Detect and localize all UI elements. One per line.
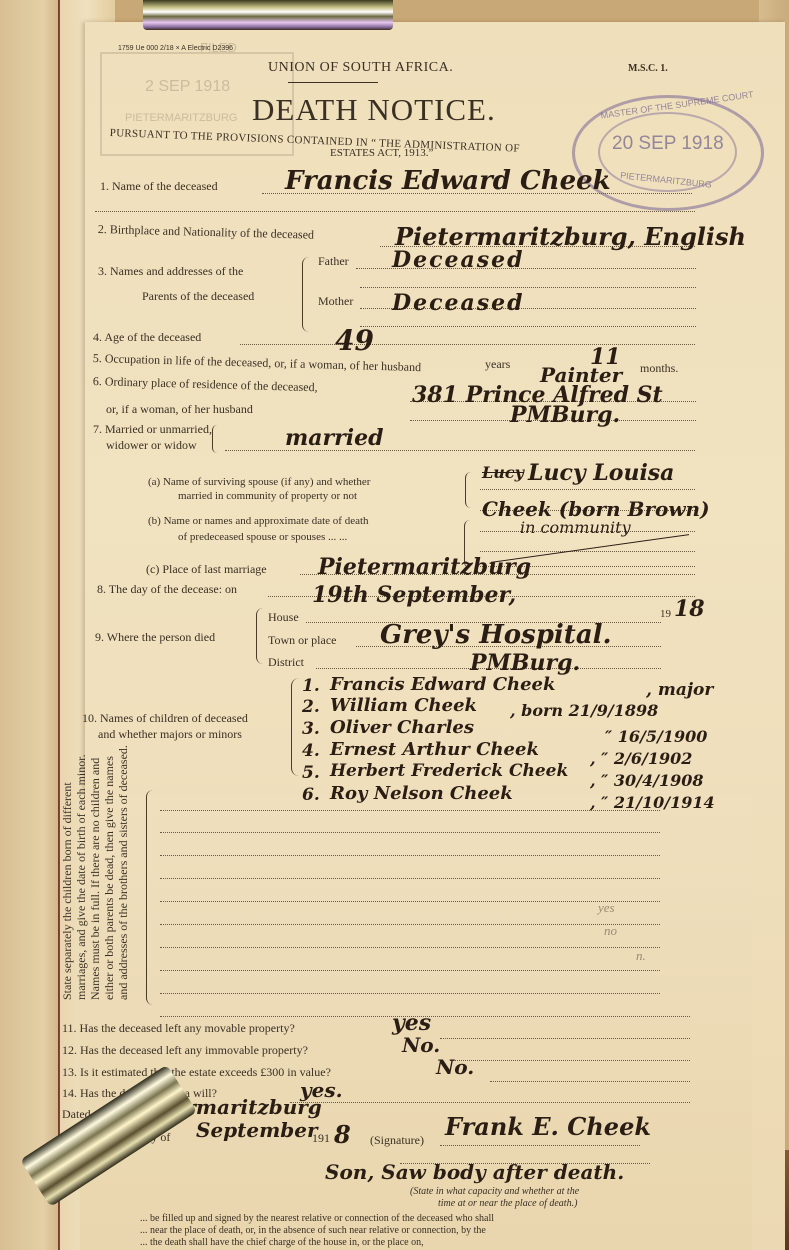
father-dots-2: [360, 287, 696, 288]
q7a-brace: [465, 472, 471, 508]
year-prefix: 19: [660, 608, 671, 620]
father-value: Deceased: [392, 247, 525, 273]
q7a-label-1: (a) Name of surviving spouse (if any) an…: [148, 476, 370, 488]
child-number: 3.: [302, 719, 320, 739]
capacity-note-2: time at or near the place of death.): [438, 1198, 577, 1209]
blank-line: [160, 810, 660, 811]
child-name: Herbert Frederick Cheek: [330, 761, 568, 781]
footer-line-3: ... the death shall have the chief charg…: [140, 1237, 424, 1248]
child-number: 6.: [302, 785, 320, 805]
year-value-sig: 8: [334, 1120, 351, 1149]
stamp-date: 20 SEP 1918: [612, 133, 724, 155]
blank-line: [160, 970, 660, 971]
blank-line: [160, 993, 660, 994]
q6-label-2: or, if a woman, of her husband: [106, 402, 253, 417]
country-heading: UNION OF SOUTH AFRICA.: [268, 60, 453, 76]
blank-line: [160, 855, 660, 856]
child-name: Roy Nelson Cheek: [330, 783, 513, 804]
district-value: PMBurg.: [470, 650, 580, 676]
q3-brace: [302, 257, 309, 332]
q9-label: 9. Where the person died: [95, 630, 215, 645]
month-value: September: [196, 1118, 318, 1142]
q14-dots: [290, 1102, 690, 1103]
mother-dots-2: [360, 326, 696, 327]
child-name: William Cheek: [330, 695, 477, 716]
q10-label-1: 10. Names of children of deceased: [82, 711, 248, 726]
child-detail: , major: [646, 680, 713, 700]
spouse-name-line-1: Lucy Louisa: [528, 460, 674, 486]
blank-line: [160, 832, 660, 833]
q4-dots: [240, 344, 695, 345]
q7b-dots-2: [480, 551, 695, 552]
mother-value: Deceased: [392, 290, 525, 316]
signature-dots: [440, 1145, 640, 1146]
town-label: Town or place: [268, 633, 336, 648]
q7a-dots: [480, 489, 695, 490]
q7-label-1: 7. Married or unmarried,: [93, 422, 212, 437]
side-note-brace: [146, 790, 153, 1005]
house-label: House: [268, 610, 299, 625]
form-id: M.S.C. 1.: [628, 63, 668, 74]
residence-line-2: PMBurg.: [510, 402, 620, 428]
blank-line: [160, 947, 660, 948]
capacity-value: Son, Saw body after death.: [325, 1160, 624, 1184]
mother-label: Mother: [318, 294, 353, 309]
q3-label-1: 3. Names and addresses of the: [98, 264, 243, 279]
child-detail: , ″ 2/6/1902: [590, 749, 692, 768]
filed-stamp-date: 2 SEP 1918: [145, 78, 230, 96]
blank-line: [160, 878, 660, 879]
side-instruction-note: State separately the children born of di…: [60, 740, 130, 1000]
q7-brace: [212, 425, 217, 453]
q1-label: 1. Name of the deceased: [100, 179, 218, 194]
title-rule: [288, 82, 378, 83]
struck-word: Lucy: [482, 463, 524, 482]
months-label: months.: [640, 361, 678, 376]
faint-n: n.: [636, 948, 646, 964]
q7b-label-2: of predeceased spouse or spouses ... ...: [178, 531, 347, 543]
immovable-property: No.: [402, 1033, 440, 1057]
page-title: DEATH NOTICE.: [252, 92, 496, 128]
years-label: years: [485, 357, 510, 372]
q4-label: 4. Age of the deceased: [93, 330, 201, 345]
q13-label: 13. Is it estimated that the estate exce…: [62, 1065, 331, 1080]
age-years: 49: [335, 324, 374, 357]
date-of-death: 19th September,: [312, 582, 516, 608]
father-label: Father: [318, 254, 349, 269]
blank-line: [160, 924, 660, 925]
child-number: 4.: [302, 741, 320, 761]
district-label: District: [268, 655, 304, 670]
print-code: 1759 Ue 000 2/18 × A Electric D2396: [118, 45, 233, 52]
q9-brace: [256, 608, 263, 664]
q11-label: 11. Has the deceased left any movable pr…: [62, 1021, 295, 1036]
q12-label: 12. Has the deceased left any immovable …: [62, 1043, 308, 1058]
q11-dots: [440, 1038, 690, 1039]
q12-dots: [450, 1060, 690, 1061]
metal-binder-clip-top: [143, 0, 393, 30]
place-of-marriage: Pietermaritzburg: [318, 554, 531, 580]
marital-status: married: [285, 425, 383, 451]
footer-line-2: ... near the place of death, or, in the …: [140, 1225, 486, 1236]
signature-label: (Signature): [370, 1133, 424, 1148]
filed-stamp-bottom: PIETERMARITZBURG: [125, 112, 237, 124]
q13-dots: [490, 1081, 690, 1082]
q3-label-2: Parents of the deceased: [142, 289, 254, 304]
place-of-death: Grey's Hospital.: [380, 620, 612, 650]
q7a-label-2: married in community of property or not: [178, 490, 357, 502]
subtitle-line-2: ESTATES ACT, 1913.”: [330, 147, 433, 159]
footer-line-1: ... be filled up and signed by the neare…: [140, 1213, 494, 1224]
q7-label-2: widower or widow: [106, 438, 197, 453]
q7b-label-1: (b) Name or names and approximate date o…: [148, 515, 369, 527]
faint-yes: yes: [598, 900, 615, 916]
child-name: Francis Edward Cheek: [330, 674, 555, 695]
child-number: 1.: [302, 676, 320, 696]
child-number: 2.: [302, 697, 320, 717]
faint-no: no: [604, 923, 617, 939]
capacity-note-1: (State in what capacity and whether at t…: [410, 1186, 579, 1197]
q8-label: 8. The day of the decease: on: [97, 582, 237, 597]
blank-line: [160, 901, 660, 902]
child-name: Oliver Charles: [330, 717, 474, 738]
q10-brace: [291, 678, 299, 776]
q7c-label: (c) Place of last marriage: [146, 562, 267, 577]
estate-exceeds: No.: [436, 1055, 474, 1079]
community-property: in community: [520, 518, 631, 537]
year-of-death: 18: [674, 596, 705, 622]
child-detail: ″ 16/5/1900: [605, 727, 707, 746]
year-prefix-sig: 191: [312, 1131, 330, 1146]
q1-dots-2: [95, 211, 695, 212]
child-detail: , ″ 30/4/1908: [590, 771, 703, 790]
backing-paper: [0, 0, 62, 1250]
child-name: Ernest Arthur Cheek: [330, 739, 539, 760]
signature: Frank E. Cheek: [445, 1112, 651, 1141]
deceased-name: Francis Edward Cheek: [285, 166, 611, 196]
child-number: 5.: [302, 763, 320, 783]
child-detail: , born 21/9/1898: [510, 701, 658, 720]
